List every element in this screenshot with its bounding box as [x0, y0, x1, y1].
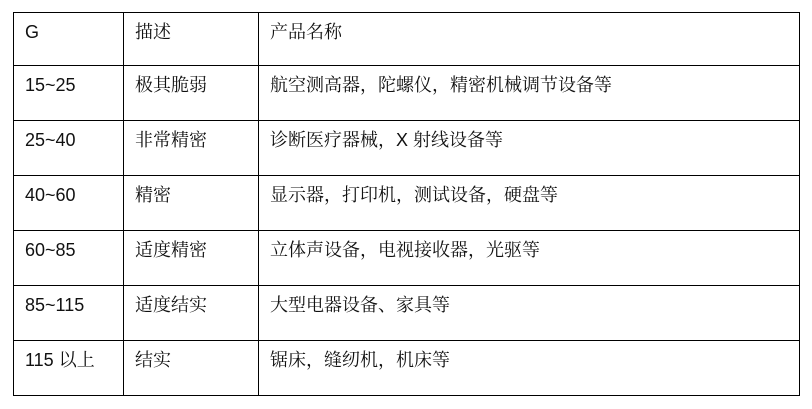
table-row: 15~25 极其脆弱 航空测高器，陀螺仪，精密机械调节设备等 — [14, 66, 800, 121]
cell-desc: 结实 — [124, 341, 259, 396]
table-row: 85~115 适度结实 大型电器设备、家具等 — [14, 286, 800, 341]
table-body: 15~25 极其脆弱 航空测高器，陀螺仪，精密机械调节设备等 25~40 非常精… — [14, 66, 800, 396]
column-header-g: G — [14, 13, 124, 66]
cell-g-value: 85~115 — [14, 286, 124, 341]
cell-g-value: 40~60 — [14, 176, 124, 231]
cell-desc: 适度精密 — [124, 231, 259, 286]
fragility-rating-table: G 描述 产品名称 15~25 极其脆弱 航空测高器，陀螺仪，精密机械调节设备等… — [13, 12, 800, 396]
cell-desc: 精密 — [124, 176, 259, 231]
column-header-desc: 描述 — [124, 13, 259, 66]
column-header-products: 产品名称 — [259, 13, 800, 66]
table-row: 40~60 精密 显示器，打印机，测试设备，硬盘等 — [14, 176, 800, 231]
cell-products: 显示器，打印机，测试设备，硬盘等 — [259, 176, 800, 231]
cell-products: 锯床，缝纫机，机床等 — [259, 341, 800, 396]
cell-desc: 极其脆弱 — [124, 66, 259, 121]
table-row: 60~85 适度精密 立体声设备，电视接收器，光驱等 — [14, 231, 800, 286]
cell-products: 诊断医疗器械，X 射线设备等 — [259, 121, 800, 176]
table-header: G 描述 产品名称 — [14, 13, 800, 66]
cell-desc: 非常精密 — [124, 121, 259, 176]
cell-g-value: 60~85 — [14, 231, 124, 286]
cell-g-value: 25~40 — [14, 121, 124, 176]
table-row: 25~40 非常精密 诊断医疗器械，X 射线设备等 — [14, 121, 800, 176]
cell-g-value: 15~25 — [14, 66, 124, 121]
table-row: 115 以上 结实 锯床，缝纫机，机床等 — [14, 341, 800, 396]
cell-g-value: 115 以上 — [14, 341, 124, 396]
cell-products: 航空测高器，陀螺仪，精密机械调节设备等 — [259, 66, 800, 121]
cell-products: 立体声设备，电视接收器，光驱等 — [259, 231, 800, 286]
page-background: G 描述 产品名称 15~25 极其脆弱 航空测高器，陀螺仪，精密机械调节设备等… — [0, 0, 812, 409]
cell-products: 大型电器设备、家具等 — [259, 286, 800, 341]
header-row: G 描述 产品名称 — [14, 13, 800, 66]
cell-desc: 适度结实 — [124, 286, 259, 341]
